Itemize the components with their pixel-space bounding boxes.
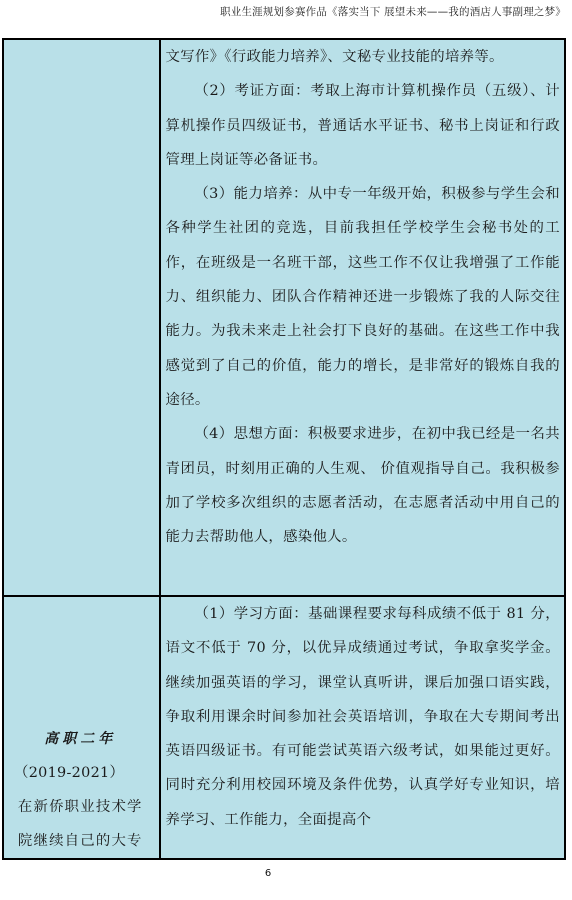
table-row: 文写作》《行政能力培养》、文秘专业技能的培养等。 （2）考证方面：考取上海市计算…	[3, 39, 565, 596]
paragraph-certificates: （2）考证方面：考取上海市计算机操作员（五级）、计算机操作员四级证书，普通话水平…	[166, 74, 560, 177]
paragraph-study: （1）学习方面：基础课程要求每科成绩不低于 81 分，语文不低于 70 分，以优…	[166, 597, 560, 837]
stage-cell	[3, 39, 160, 596]
page-header: 职业生涯规划参赛作品《落实当下 展望未来——我的酒店人事副理之梦》	[0, 4, 566, 19]
stage-description-line: 在新侨职业技术学	[6, 790, 155, 824]
stage-description-line: 院继续自己的大专	[6, 824, 155, 858]
stage-title: 高职二年	[6, 722, 155, 756]
content-body: 文写作》《行政能力培养》、文秘专业技能的培养等。 （2）考证方面：考取上海市计算…	[161, 40, 564, 554]
stage-years: （2019-2021）	[6, 756, 155, 790]
content-cell: 文写作》《行政能力培养》、文秘专业技能的培养等。 （2）考证方面：考取上海市计算…	[160, 39, 565, 596]
page-number: 6	[0, 868, 536, 879]
table-row: 高职二年 （2019-2021） 在新侨职业技术学 院继续自己的大专 （1）学习…	[3, 596, 565, 859]
content-cell: （1）学习方面：基础课程要求每科成绩不低于 81 分，语文不低于 70 分，以优…	[160, 596, 565, 859]
paragraph-ideology: （4）思想方面：积极要求进步，在初中我已经是一名共青团员，时刻用正确的人生观、 …	[166, 417, 560, 554]
paragraph-ability: （3）能力培养：从中专一年级开始，积极参与学生会和各种学生社团的竞选，目前我担任…	[166, 177, 560, 417]
stage-cell: 高职二年 （2019-2021） 在新侨职业技术学 院继续自己的大专	[3, 596, 160, 859]
paragraph-continuation: 文写作》《行政能力培养》、文秘专业技能的培养等。	[166, 40, 560, 74]
content-body: （1）学习方面：基础课程要求每科成绩不低于 81 分，语文不低于 70 分，以优…	[161, 597, 564, 837]
stage-content: 高职二年 （2019-2021） 在新侨职业技术学 院继续自己的大专	[4, 722, 159, 858]
plan-table: 文写作》《行政能力培养》、文秘专业技能的培养等。 （2）考证方面：考取上海市计算…	[2, 38, 566, 860]
